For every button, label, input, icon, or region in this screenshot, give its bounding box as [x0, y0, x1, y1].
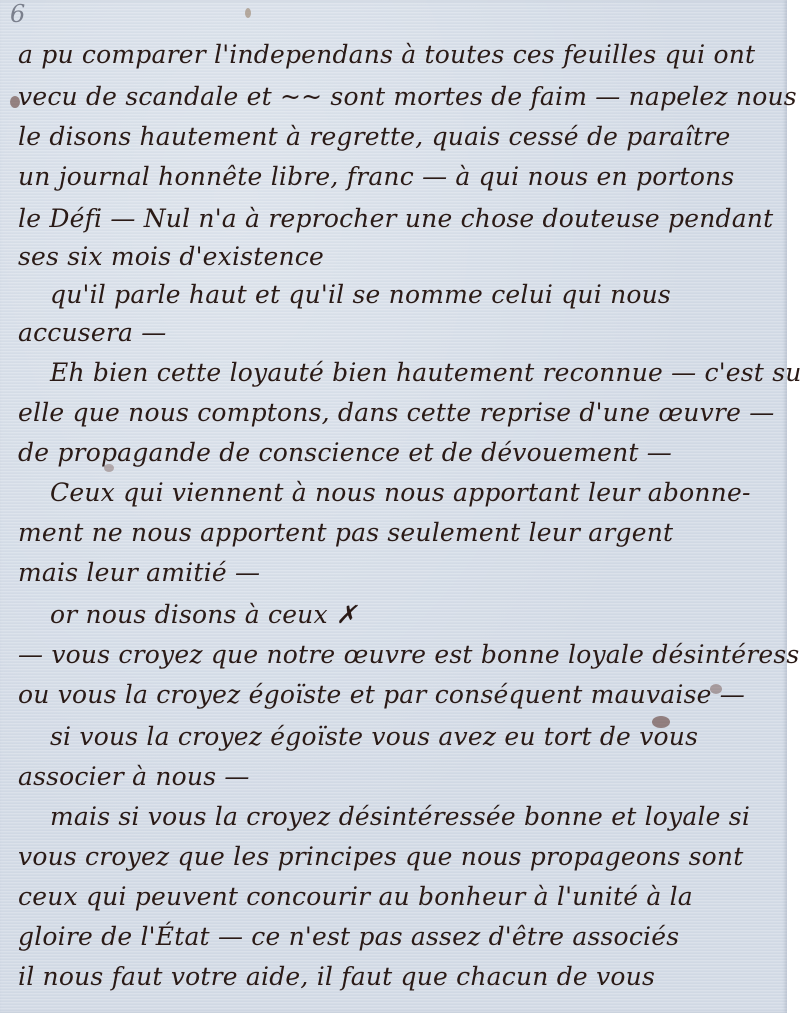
manuscript-line: qu'il parle haut et qu'il se nomme celui…	[50, 280, 671, 309]
manuscript-line: mais leur amitié —	[18, 558, 260, 587]
manuscript-line: or nous disons à ceux ✗	[50, 600, 357, 629]
manuscript-line: gloire de l'État — ce n'est pas assez d'…	[18, 922, 679, 951]
ink-stain	[710, 684, 722, 694]
manuscript-page: 6 a pu comparer l'independans à toutes c…	[0, 0, 787, 1013]
manuscript-line: le disons hautement à regrette, quais ce…	[18, 122, 730, 151]
manuscript-line: le Défi — Nul n'a à reprocher une chose …	[18, 204, 773, 233]
manuscript-line: elle que nous comptons, dans cette repri…	[18, 398, 774, 427]
manuscript-line: ou vous la croyez égoïste et par conséqu…	[18, 680, 745, 709]
manuscript-line: de propagande de conscience et de dévoue…	[18, 438, 672, 467]
manuscript-line: un journal honnête libre, franc — à qui …	[18, 162, 734, 191]
manuscript-line: vous croyez que les principes que nous p…	[18, 842, 743, 871]
manuscript-line: mais si vous la croyez désintéressée bon…	[50, 802, 750, 831]
ink-stain	[652, 716, 670, 728]
page-number: 6	[10, 0, 25, 28]
manuscript-line: il nous faut votre aide, il faut que cha…	[18, 962, 655, 991]
manuscript-line: Ceux qui viennent à nous nous apportant …	[50, 478, 751, 507]
manuscript-line: associer à nous —	[18, 762, 250, 791]
manuscript-line: ment ne nous apportent pas seulement leu…	[18, 518, 673, 547]
manuscript-line: si vous la croyez égoïste vous avez eu t…	[50, 722, 698, 751]
manuscript-line: ceux qui peuvent concourir au bonheur à …	[18, 882, 693, 911]
manuscript-line: a pu comparer l'independans à toutes ces…	[18, 40, 755, 69]
manuscript-line: accusera —	[18, 318, 166, 347]
paper-spot	[245, 8, 251, 18]
ink-stain	[104, 464, 114, 472]
manuscript-line: vecu de scandale et ~~ sont mortes de fa…	[18, 82, 797, 111]
ink-stain	[10, 96, 20, 108]
manuscript-line: Eh bien cette loyauté bien hautement rec…	[50, 358, 800, 387]
manuscript-line: ses six mois d'existence	[18, 242, 324, 271]
manuscript-line: — vous croyez que notre œuvre est bonne …	[18, 640, 800, 669]
